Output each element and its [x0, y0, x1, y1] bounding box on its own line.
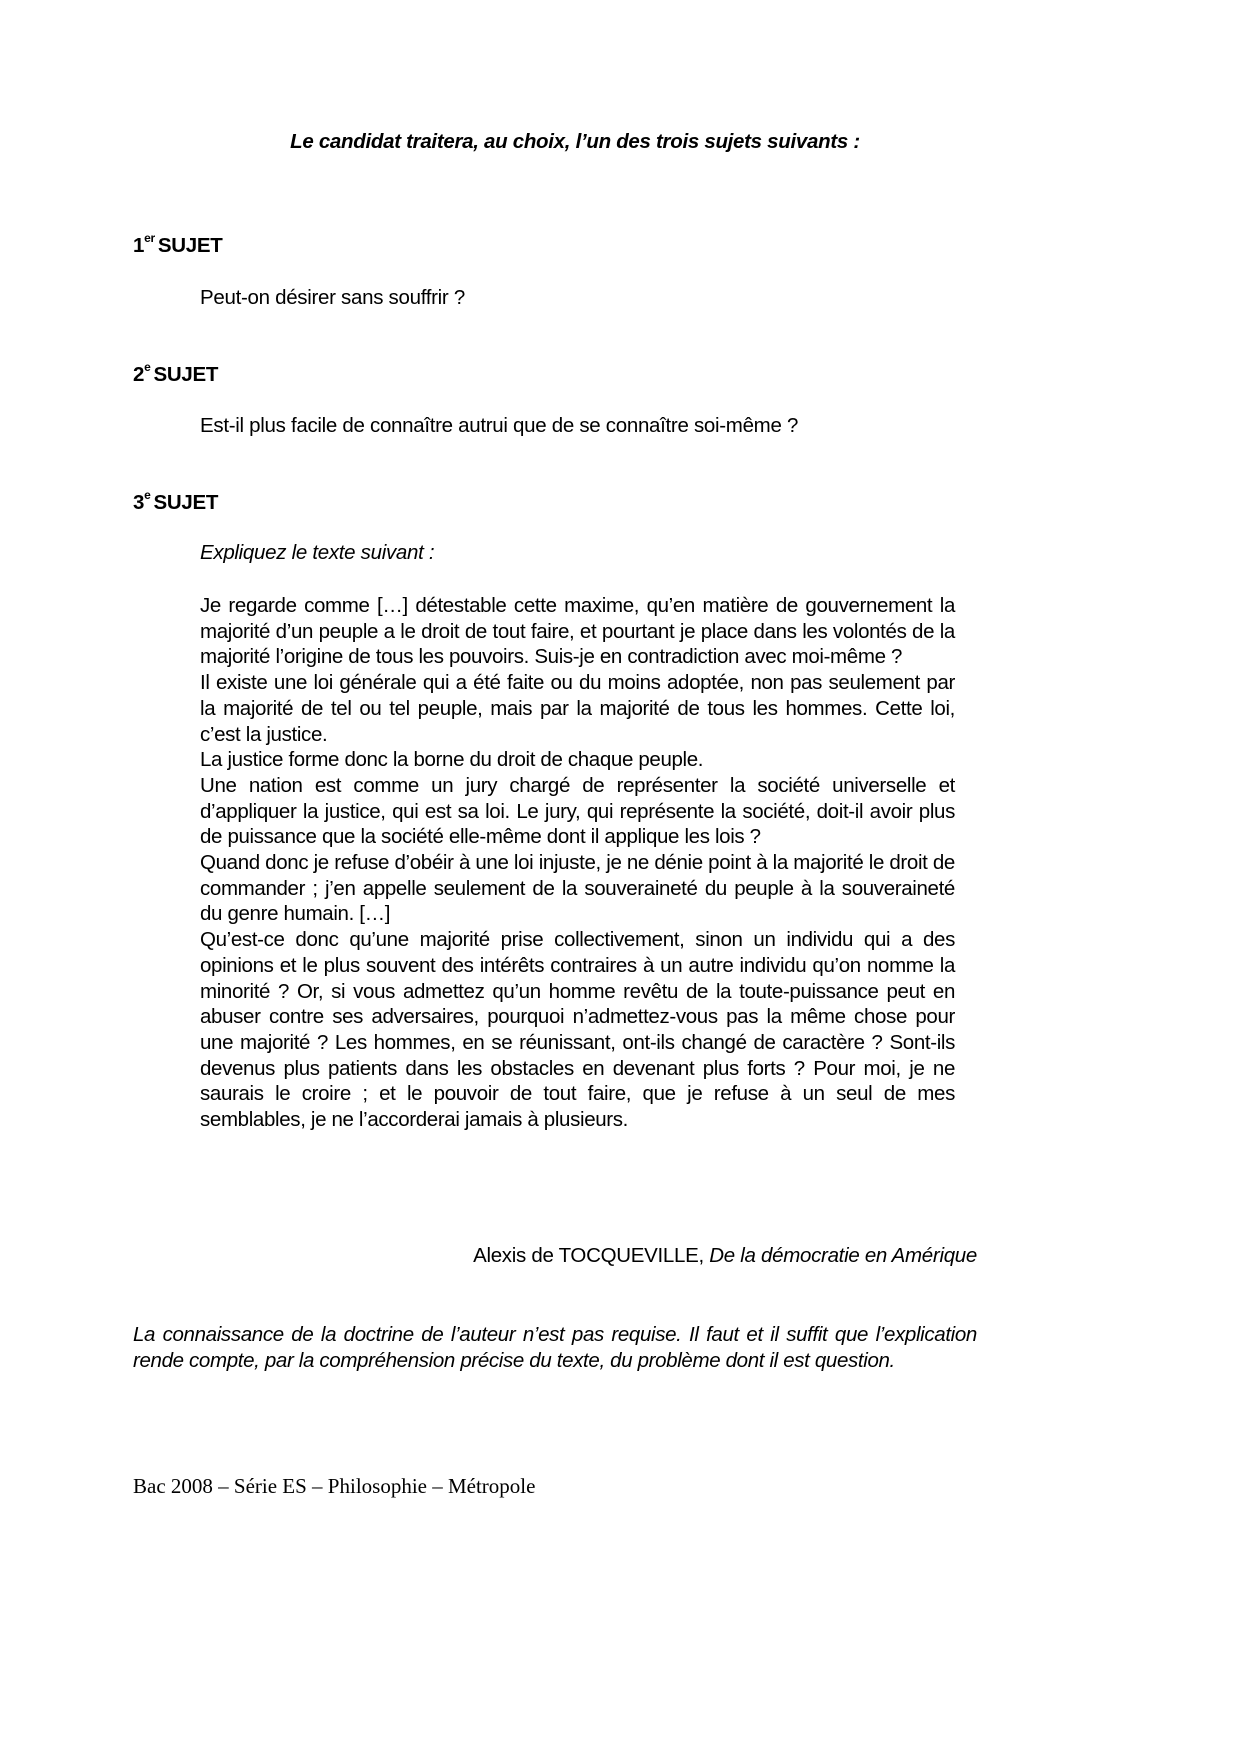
subject-label: SUJET	[158, 234, 223, 257]
subject-3-prompt: Expliquez le texte suivant :	[200, 541, 434, 565]
ordinal-suffix: e	[144, 360, 150, 374]
author-name: Alexis de TOCQUEVILLE,	[473, 1244, 704, 1267]
subject-number: 3	[133, 491, 144, 514]
subject-2-question: Est-il plus facile de connaître autrui q…	[200, 414, 798, 438]
passage-paragraph: Une nation est comme un jury chargé de r…	[200, 773, 955, 850]
text-passage: Je regarde comme […] détestable cette ma…	[200, 593, 955, 1133]
passage-paragraph: Il existe une loi générale qui a été fai…	[200, 670, 955, 747]
subject-number: 2	[133, 363, 144, 386]
ordinal-suffix: e	[144, 488, 150, 502]
subject-label: SUJET	[153, 491, 218, 514]
passage-paragraph: Je regarde comme […] détestable cette ma…	[200, 593, 955, 670]
subject-1-heading: 1erSUJET	[133, 233, 222, 258]
subject-3-heading: 3eSUJET	[133, 490, 218, 515]
subject-label: SUJET	[153, 363, 218, 386]
passage-paragraph: La justice forme donc la borne du droit …	[200, 747, 955, 773]
passage-paragraph: Quand donc je refuse d’obéir à une loi i…	[200, 850, 955, 927]
subject-number: 1	[133, 234, 144, 257]
instruction-text: Le candidat traitera, au choix, l’un des…	[290, 130, 860, 154]
subject-1-question: Peut-on désirer sans souffrir ?	[200, 286, 465, 310]
passage-attribution: Alexis de TOCQUEVILLE, De la démocratie …	[473, 1244, 977, 1268]
exam-page: Le candidat traitera, au choix, l’un des…	[0, 0, 1240, 1754]
work-title: De la démocratie en Amérique	[709, 1244, 977, 1267]
subject-2-heading: 2eSUJET	[133, 362, 218, 387]
ordinal-suffix: er	[144, 231, 155, 245]
exam-instruction: Le candidat traitera, au choix, l’un des…	[0, 130, 1240, 154]
page-footer: Bac 2008 – Série ES – Philosophie – Métr…	[133, 1474, 535, 1499]
exam-note: La connaissance de la doctrine de l’aute…	[133, 1322, 977, 1373]
passage-paragraph: Qu’est-ce donc qu’une majorité prise col…	[200, 927, 955, 1133]
